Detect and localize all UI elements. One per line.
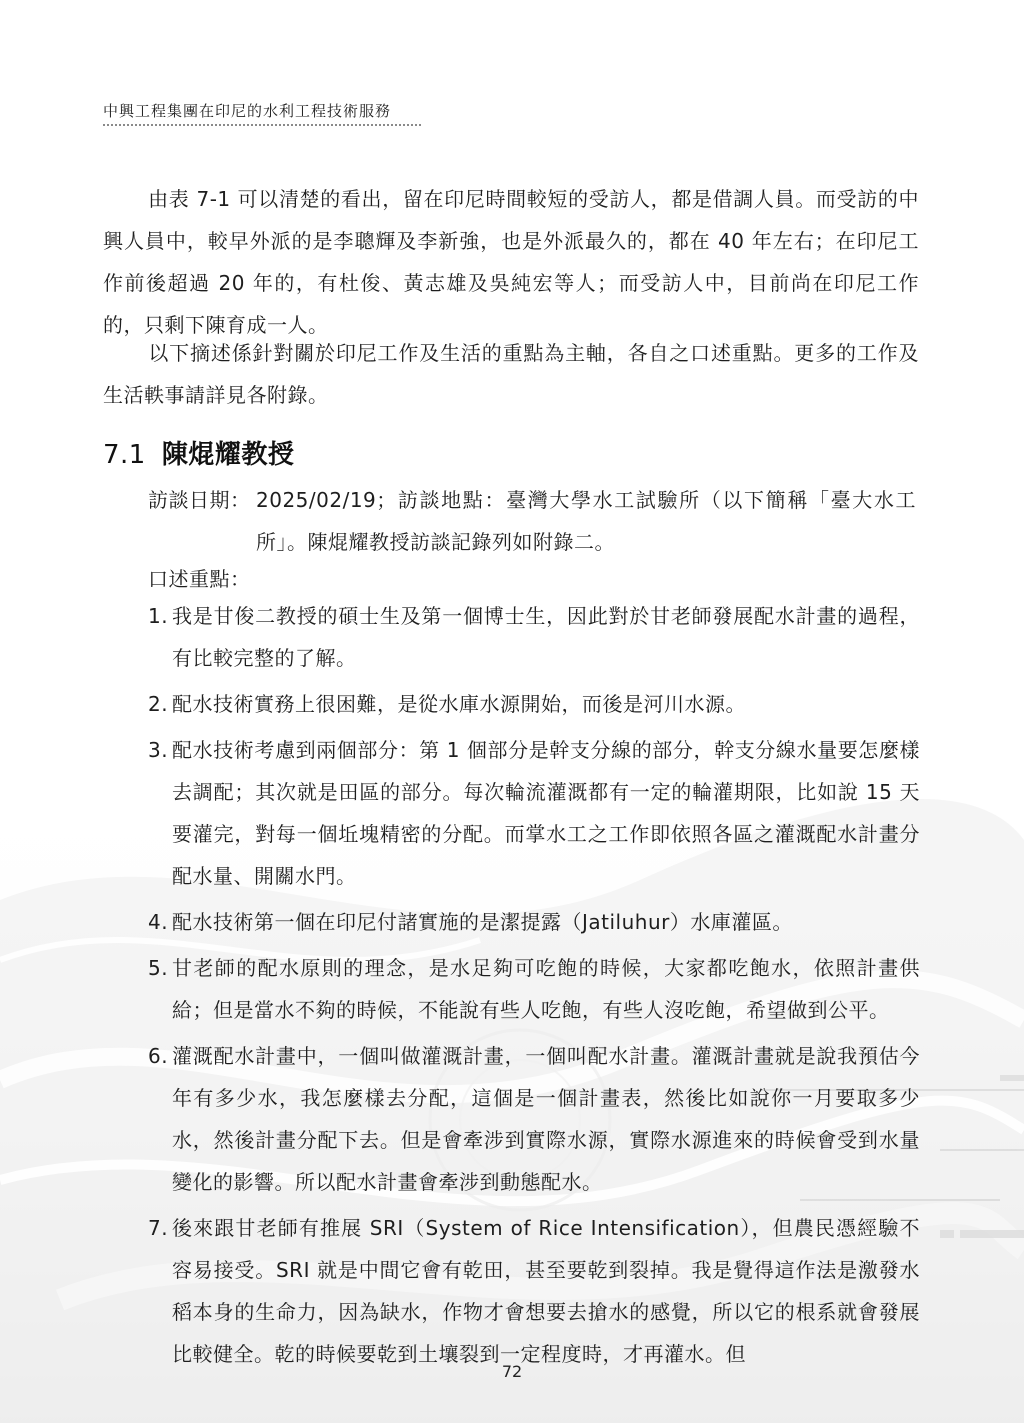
- list-item-text: 配水技術考慮到兩個部分：第 1 個部分是幹支分線的部分，幹支分線水量要怎麼樣去調…: [172, 729, 920, 897]
- intro-paragraph-1: 由表 7-1 可以清楚的看出，留在印尼時間較短的受訪人，都是借調人員。而受訪的中…: [103, 178, 919, 346]
- list-marker: 5.: [148, 947, 172, 1031]
- list-marker: 7.: [148, 1207, 172, 1375]
- intro-paragraph-2-text: 以下摘述係針對關於印尼工作及生活的重點為主軸，各自之口述重點。更多的工作及生活軼…: [103, 341, 919, 407]
- list-item-text: 我是甘俊二教授的碩士生及第一個博士生，因此對於甘老師發展配水計畫的過程，有比較完…: [172, 595, 920, 679]
- section-heading: 7.1陳焜耀教授: [103, 434, 294, 471]
- list-marker: 3.: [148, 729, 172, 897]
- list-item: 1. 我是甘俊二教授的碩士生及第一個博士生，因此對於甘老師發展配水計畫的過程，有…: [148, 595, 920, 679]
- page-number: 72: [0, 1362, 1024, 1381]
- list-item: 5. 甘老師的配水原則的理念，是水足夠可吃飽的時候，大家都吃飽水，依照計畫供給；…: [148, 947, 920, 1031]
- list-item: 4. 配水技術第一個在印尼付諸實施的是潔提露（Jatiluhur）水庫灌區。: [148, 901, 920, 943]
- list-item: 2. 配水技術實務上很困難，是從水庫水源開始，而後是河川水源。: [148, 683, 920, 725]
- running-header-title: 中興工程集團在印尼的水利工程技術服務: [103, 100, 391, 121]
- key-points-label: 口述重點：: [148, 567, 251, 591]
- list-item-text: 後來跟甘老師有推展 SRI（System of Rice Intensifica…: [172, 1207, 920, 1375]
- list-item-text: 配水技術實務上很困難，是從水庫水源開始，而後是河川水源。: [172, 683, 920, 725]
- list-marker: 1.: [148, 595, 172, 679]
- list-marker: 4.: [148, 901, 172, 943]
- intro-paragraph-1-text: 由表 7-1 可以清楚的看出，留在印尼時間較短的受訪人，都是借調人員。而受訪的中…: [103, 187, 919, 337]
- list-item-text: 灌溉配水計畫中，一個叫做灌溉計畫，一個叫配水計畫。灌溉計畫就是說我預估今年有多少…: [172, 1035, 920, 1203]
- section-title-text: 陳焜耀教授: [162, 440, 295, 470]
- section-number: 7.1: [103, 440, 146, 470]
- list-item: 7. 後來跟甘老師有推展 SRI（System of Rice Intensif…: [148, 1207, 920, 1375]
- list-item: 3. 配水技術考慮到兩個部分：第 1 個部分是幹支分線的部分，幹支分線水量要怎麼…: [148, 729, 920, 897]
- interview-date-label: 訪談日期：: [148, 479, 256, 521]
- list-item-text: 甘老師的配水原則的理念，是水足夠可吃飽的時候，大家都吃飽水，依照計畫供給；但是當…: [172, 947, 920, 1031]
- interview-info-value: 2025/02/19；訪談地點：臺灣大學水工試驗所（以下簡稱「臺大水工所」。陳焜…: [256, 479, 916, 563]
- list-marker: 6.: [148, 1035, 172, 1203]
- list-marker: 2.: [148, 683, 172, 725]
- interview-info: 訪談日期：2025/02/19；訪談地點：臺灣大學水工試驗所（以下簡稱「臺大水工…: [148, 479, 920, 563]
- header-dotted-rule: [103, 124, 421, 126]
- list-item: 6. 灌溉配水計畫中，一個叫做灌溉計畫，一個叫配水計畫。灌溉計畫就是說我預估今年…: [148, 1035, 920, 1203]
- key-points-heading: 口述重點：: [148, 558, 920, 600]
- document-page: 中興工程集團在印尼的水利工程技術服務 由表 7-1 可以清楚的看出，留在印尼時間…: [0, 0, 1024, 1423]
- list-item-text: 配水技術第一個在印尼付諸實施的是潔提露（Jatiluhur）水庫灌區。: [172, 901, 920, 943]
- key-points-list: 1. 我是甘俊二教授的碩士生及第一個博士生，因此對於甘老師發展配水計畫的過程，有…: [148, 595, 920, 1379]
- intro-paragraph-2: 以下摘述係針對關於印尼工作及生活的重點為主軸，各自之口述重點。更多的工作及生活軼…: [103, 332, 919, 416]
